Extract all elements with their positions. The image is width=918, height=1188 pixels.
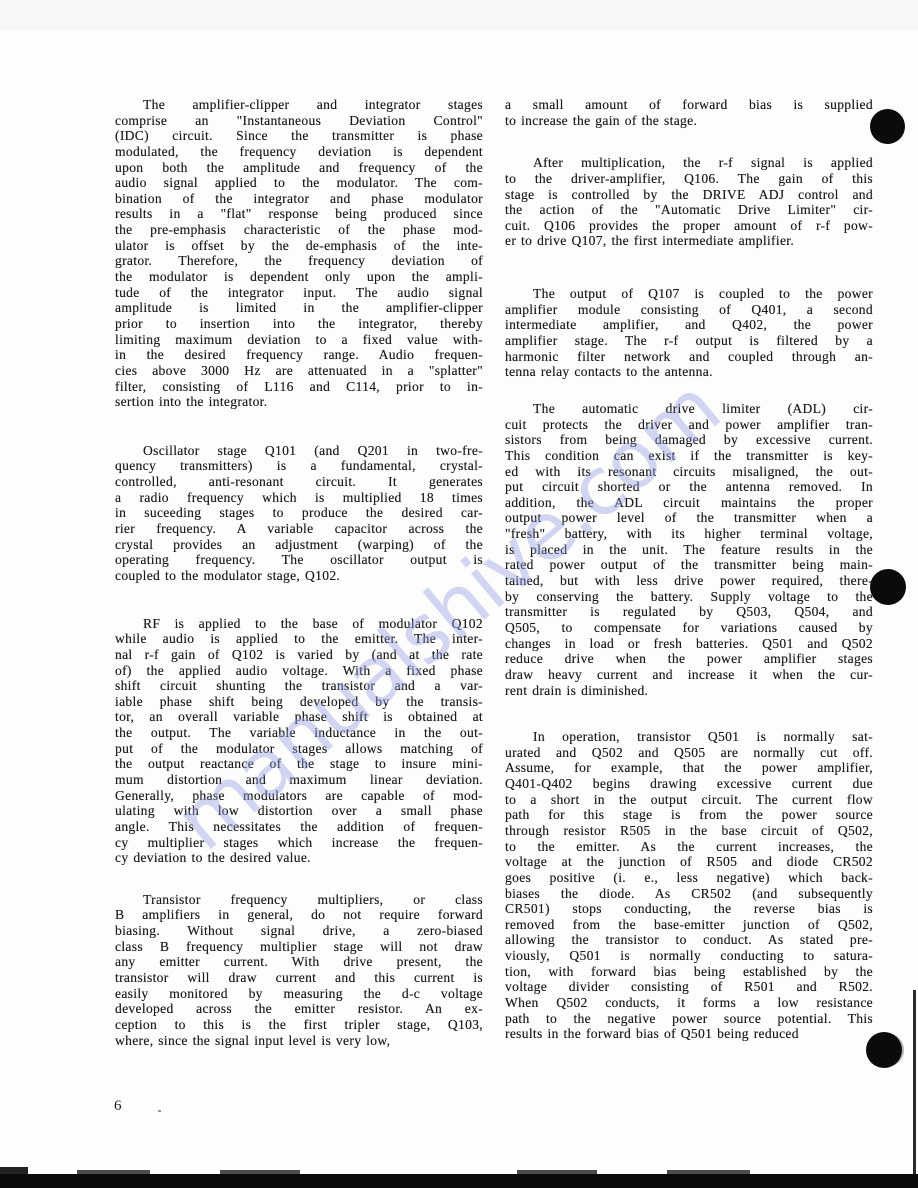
text-line: coupled to the modulator stage, Q102. bbox=[115, 568, 483, 584]
text-line: through resistor R505 in the base circui… bbox=[505, 823, 873, 839]
text-line: easily monitored by measuring the d-c vo… bbox=[115, 986, 483, 1002]
text-line: grator. Therefore, the frequency deviati… bbox=[115, 253, 483, 269]
text-line: class B frequency multiplier stage will … bbox=[115, 939, 483, 955]
text-line: RF is applied to the base of modulator Q… bbox=[115, 616, 483, 632]
scan-edge-line bbox=[913, 990, 916, 1188]
text-line: sertion into the integrator. bbox=[115, 394, 483, 410]
paragraph: RF is applied to the base of modulator Q… bbox=[115, 616, 483, 866]
text-line: path for this stage is from the power so… bbox=[505, 807, 873, 823]
text-line: quency transmitters) is a fundamental, c… bbox=[115, 458, 483, 474]
text-line: controlled, anti-resonant circuit. It ge… bbox=[115, 474, 483, 490]
text-line: transistor will draw current and this cu… bbox=[115, 970, 483, 986]
text-line: ulating with low distortion over a small… bbox=[115, 803, 483, 819]
text-line: changes in load or fresh batteries. Q501… bbox=[505, 636, 873, 652]
text-line: bination of the integrator and phase mod… bbox=[115, 191, 483, 207]
text-line: Transistor frequency multipliers, or cla… bbox=[115, 892, 483, 908]
text-line: biasing. Without signal drive, a zero-bi… bbox=[115, 923, 483, 939]
text-line: while audio is applied to the emitter. T… bbox=[115, 631, 483, 647]
text-line: a small amount of forward bias is suppli… bbox=[505, 97, 873, 113]
text-line: mum distortion and maximum linear deviat… bbox=[115, 772, 483, 788]
text-line: rated power output of the transmitter be… bbox=[505, 557, 873, 573]
text-line: reduce drive when the power amplifier st… bbox=[505, 651, 873, 667]
punch-hole-mark bbox=[870, 109, 905, 144]
text-line: urated and Q502 and Q505 are normally cu… bbox=[505, 745, 873, 761]
text-line: The amplifier-clipper and integrator sta… bbox=[115, 97, 483, 113]
bottom-scan-bar bbox=[0, 1174, 918, 1188]
text-line: the output reactance of the stage to ins… bbox=[115, 756, 483, 772]
text-line: viously, Q501 is normally conducting to … bbox=[505, 948, 873, 964]
text-line: output power level of the transmitter wh… bbox=[505, 510, 873, 526]
text-line: tude of the integrator input. The audio … bbox=[115, 285, 483, 301]
text-line: any emitter current. With drive present,… bbox=[115, 954, 483, 970]
text-line: cy multiplier stages which increase the … bbox=[115, 835, 483, 851]
punch-hole-mark bbox=[866, 1032, 902, 1068]
text-line: Assume, for example, that the power ampl… bbox=[505, 760, 873, 776]
text-line: ception to this is the first tripler sta… bbox=[115, 1017, 483, 1033]
text-line: stage is controlled by the DRIVE ADJ con… bbox=[505, 187, 873, 203]
text-line: addition, the ADL circuit maintains the … bbox=[505, 495, 873, 511]
text-line: prior to insertion into the integrator, … bbox=[115, 316, 483, 332]
text-line: In operation, transistor Q501 is normall… bbox=[505, 729, 873, 745]
paragraph: The amplifier-clipper and integrator sta… bbox=[115, 97, 483, 410]
text-line: goes positive (i. e., less negative) whi… bbox=[505, 870, 873, 886]
text-line: intermediate amplifier, and Q402, the po… bbox=[505, 317, 873, 333]
text-line: is placed in the unit. The feature resul… bbox=[505, 542, 873, 558]
text-line: upon both the amplitude and frequency of… bbox=[115, 160, 483, 176]
page-number: 6 bbox=[114, 1098, 122, 1115]
text-line: tained, but with less drive power requir… bbox=[505, 573, 873, 589]
text-line: shift circuit shunting the transistor an… bbox=[115, 678, 483, 694]
text-line: After multiplication, the r-f signal is … bbox=[505, 155, 873, 171]
text-line: Generally, phase modulators are capable … bbox=[115, 788, 483, 804]
text-line: put of the modulator stages allows match… bbox=[115, 741, 483, 757]
paragraph: After multiplication, the r-f signal is … bbox=[505, 155, 873, 249]
text-line: biases the diode. As CR502 (and subseque… bbox=[505, 886, 873, 902]
text-line: The automatic drive limiter (ADL) cir- bbox=[505, 401, 873, 417]
text-line: modulated, the frequency deviation is de… bbox=[115, 144, 483, 160]
text-line: of) the applied audio voltage. With a fi… bbox=[115, 663, 483, 679]
text-line: the pre-emphasis characteristic of the p… bbox=[115, 222, 483, 238]
text-line: harmonic filter network and coupled thro… bbox=[505, 349, 873, 365]
text-line: cies above 3000 Hz are attenuated in a "… bbox=[115, 363, 483, 379]
text-line: where, since the signal input level is v… bbox=[115, 1033, 483, 1049]
text-line: nal r-f gain of Q102 is varied by (and a… bbox=[115, 647, 483, 663]
text-line: comprise an "Instantaneous Deviation Con… bbox=[115, 113, 483, 129]
scan-speck bbox=[158, 1110, 161, 1112]
text-line: amplifier module consisting of Q401, a s… bbox=[505, 302, 873, 318]
text-line: (IDC) circuit. Since the transmitter is … bbox=[115, 128, 483, 144]
text-line: results in the forward bias of Q501 bein… bbox=[505, 1026, 873, 1042]
text-line: put circuit shorted or the antenna remov… bbox=[505, 479, 873, 495]
punch-hole-mark bbox=[870, 569, 906, 605]
paragraph: The automatic drive limiter (ADL) cir-cu… bbox=[505, 401, 873, 698]
text-line: transmitter is regulated by Q503, Q504, … bbox=[505, 604, 873, 620]
text-line: limiting maximum deviation to a fixed va… bbox=[115, 332, 483, 348]
paragraph: Oscillator stage Q101 (and Q201 in two-f… bbox=[115, 443, 483, 584]
scan-edge-tint bbox=[0, 0, 918, 30]
text-line: results in a "flat" response being produ… bbox=[115, 206, 483, 222]
text-line: to increase the gain of the stage. bbox=[505, 113, 873, 129]
text-line: amplifier stage. The r-f output is filte… bbox=[505, 333, 873, 349]
text-line: to the emitter. As the current increases… bbox=[505, 839, 873, 855]
text-line: crystal provides an adjustment (warping)… bbox=[115, 537, 483, 553]
text-line: amplitude is limited in the amplifier-cl… bbox=[115, 300, 483, 316]
text-line: This condition can exist if the transmit… bbox=[505, 448, 873, 464]
text-line: the action of the "Automatic Drive Limit… bbox=[505, 202, 873, 218]
text-line: B amplifiers in general, do not require … bbox=[115, 907, 483, 923]
right-text-column: a small amount of forward bias is suppli… bbox=[505, 97, 873, 1042]
text-line: rier frequency. A variable capacitor acr… bbox=[115, 521, 483, 537]
text-line: cuit protects the driver and power ampli… bbox=[505, 417, 873, 433]
text-line: cuit. Q106 provides the proper amount of… bbox=[505, 218, 873, 234]
text-line: operating frequency. The oscillator outp… bbox=[115, 552, 483, 568]
paragraph: a small amount of forward bias is suppli… bbox=[505, 97, 873, 128]
text-line: voltage divider consisting of R501 and R… bbox=[505, 979, 873, 995]
text-line: a radio frequency which is multiplied 18… bbox=[115, 490, 483, 506]
text-line: When Q502 conducts, it forms a low resis… bbox=[505, 995, 873, 1011]
text-line: Oscillator stage Q101 (and Q201 in two-f… bbox=[115, 443, 483, 459]
text-line: angle. This necessitates the addition of… bbox=[115, 819, 483, 835]
text-line: "fresh" battery, with its higher termina… bbox=[505, 526, 873, 542]
text-line: in suceeding stages to produce the desir… bbox=[115, 505, 483, 521]
text-line: allowing the transistor to conduct. As s… bbox=[505, 932, 873, 948]
text-line: Q505, to compensate for variations cause… bbox=[505, 620, 873, 636]
text-line: tenna relay contacts to the antenna. bbox=[505, 364, 873, 380]
text-line: path to the negative power source potent… bbox=[505, 1011, 873, 1027]
scanned-document-page: manualshive.com The amplifier-clipper an… bbox=[0, 0, 918, 1188]
text-line: developed across the emitter resistor. A… bbox=[115, 1001, 483, 1017]
text-line: Q401-Q402 begins drawing excessive curre… bbox=[505, 776, 873, 792]
text-line: draw heavy current and increase it when … bbox=[505, 667, 873, 683]
text-line: the output. The variable inductance in t… bbox=[115, 725, 483, 741]
text-line: to the driver-amplifier, Q106. The gain … bbox=[505, 171, 873, 187]
paragraph: Transistor frequency multipliers, or cla… bbox=[115, 892, 483, 1048]
text-line: The output of Q107 is coupled to the pow… bbox=[505, 286, 873, 302]
text-line: rent drain is diminished. bbox=[505, 683, 873, 699]
text-line: ulator is offset by the de-emphasis of t… bbox=[115, 238, 483, 254]
text-line: the modulator is dependent only upon the… bbox=[115, 269, 483, 285]
text-line: removed from the base-emitter junction o… bbox=[505, 917, 873, 933]
left-text-column: The amplifier-clipper and integrator sta… bbox=[115, 97, 483, 1048]
paragraph: The output of Q107 is coupled to the pow… bbox=[505, 286, 873, 380]
text-line: CR501) stops conducting, the reverse bia… bbox=[505, 901, 873, 917]
paragraph: In operation, transistor Q501 is normall… bbox=[505, 729, 873, 1042]
text-line: to a short in the output circuit. The cu… bbox=[505, 792, 873, 808]
text-line: in the desired frequency range. Audio fr… bbox=[115, 347, 483, 363]
text-line: by conserving the battery. Supply voltag… bbox=[505, 589, 873, 605]
text-line: tor, an overall variable phase shift is … bbox=[115, 709, 483, 725]
text-line: ed with its resonant circuits misaligned… bbox=[505, 464, 873, 480]
text-line: er to drive Q107, the first intermediate… bbox=[505, 233, 873, 249]
text-line: iable phase shift being developed by the… bbox=[115, 694, 483, 710]
text-line: audio signal applied to the modulator. T… bbox=[115, 175, 483, 191]
text-line: cy deviation to the desired value. bbox=[115, 850, 483, 866]
text-line: voltage at the junction of R505 and diod… bbox=[505, 854, 873, 870]
text-line: sistors from being damaged by excessive … bbox=[505, 432, 873, 448]
text-line: filter, consisting of L116 and C114, pri… bbox=[115, 379, 483, 395]
text-line: tion, with forward bias being establishe… bbox=[505, 964, 873, 980]
